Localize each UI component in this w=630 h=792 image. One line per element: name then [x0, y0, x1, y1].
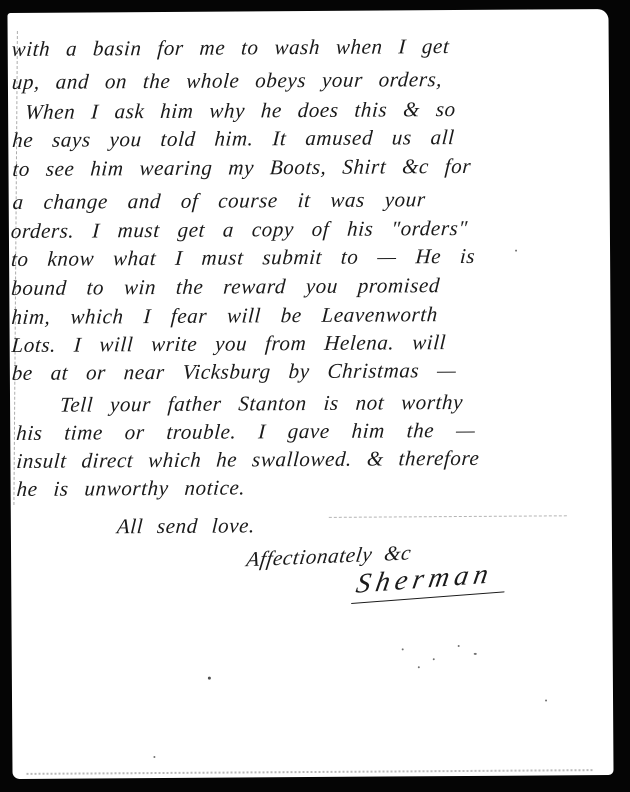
letter-line: a change and of course it was your — [12, 187, 427, 215]
scan-speck — [418, 666, 420, 668]
scan-background: { "letter": { "body_lines": [ "with a ba… — [0, 0, 630, 792]
letter-page: with a basin for me to wash when I get u… — [7, 9, 613, 779]
letter-line: insult direct which he swallowed. & ther… — [16, 446, 481, 474]
scan-speck — [545, 699, 547, 701]
scan-speck — [515, 250, 517, 252]
scan-speck — [433, 658, 435, 660]
letter-line: to know what I must submit to — He is — [10, 244, 476, 272]
letter-line: bound to win the reward you promised — [11, 273, 441, 301]
letter-line: with a basin for me to wash when I get — [11, 34, 450, 62]
letter-line: to see him wearing my Boots, Shirt &c fo… — [12, 154, 472, 182]
letter-line: When I ask him why he does this & so — [24, 97, 456, 125]
scan-speck — [153, 756, 155, 758]
letter-line: up, and on the whole obeys your orders, — [11, 67, 443, 95]
scan-artifact-dotted-line — [329, 515, 567, 518]
scan-speck — [402, 648, 404, 650]
letter-line: he says you told him. It amused us all — [12, 125, 456, 153]
scan-artifact-bottom-edge — [27, 769, 593, 775]
letter-line: orders. I must get a copy of his "orders… — [10, 216, 468, 244]
letter-line: he is unworthy notice. — [16, 475, 246, 502]
scan-speck — [458, 645, 460, 647]
letter-line: be at or near Vicksburg by Christmas — — [11, 358, 457, 386]
letter-closing: All send love. — [116, 513, 256, 539]
letter-line: Tell your father Stanton is not worthy — [59, 390, 464, 418]
letter-line: him, which I fear will be Leavenworth — [11, 302, 439, 330]
scan-speck — [375, 316, 377, 318]
scan-speck — [208, 677, 211, 680]
scan-speck — [474, 653, 477, 655]
letter-line: his time or trouble. I gave him the — — [15, 418, 476, 446]
letter-line: Lots. I will write you from Helena. will — [11, 330, 447, 358]
